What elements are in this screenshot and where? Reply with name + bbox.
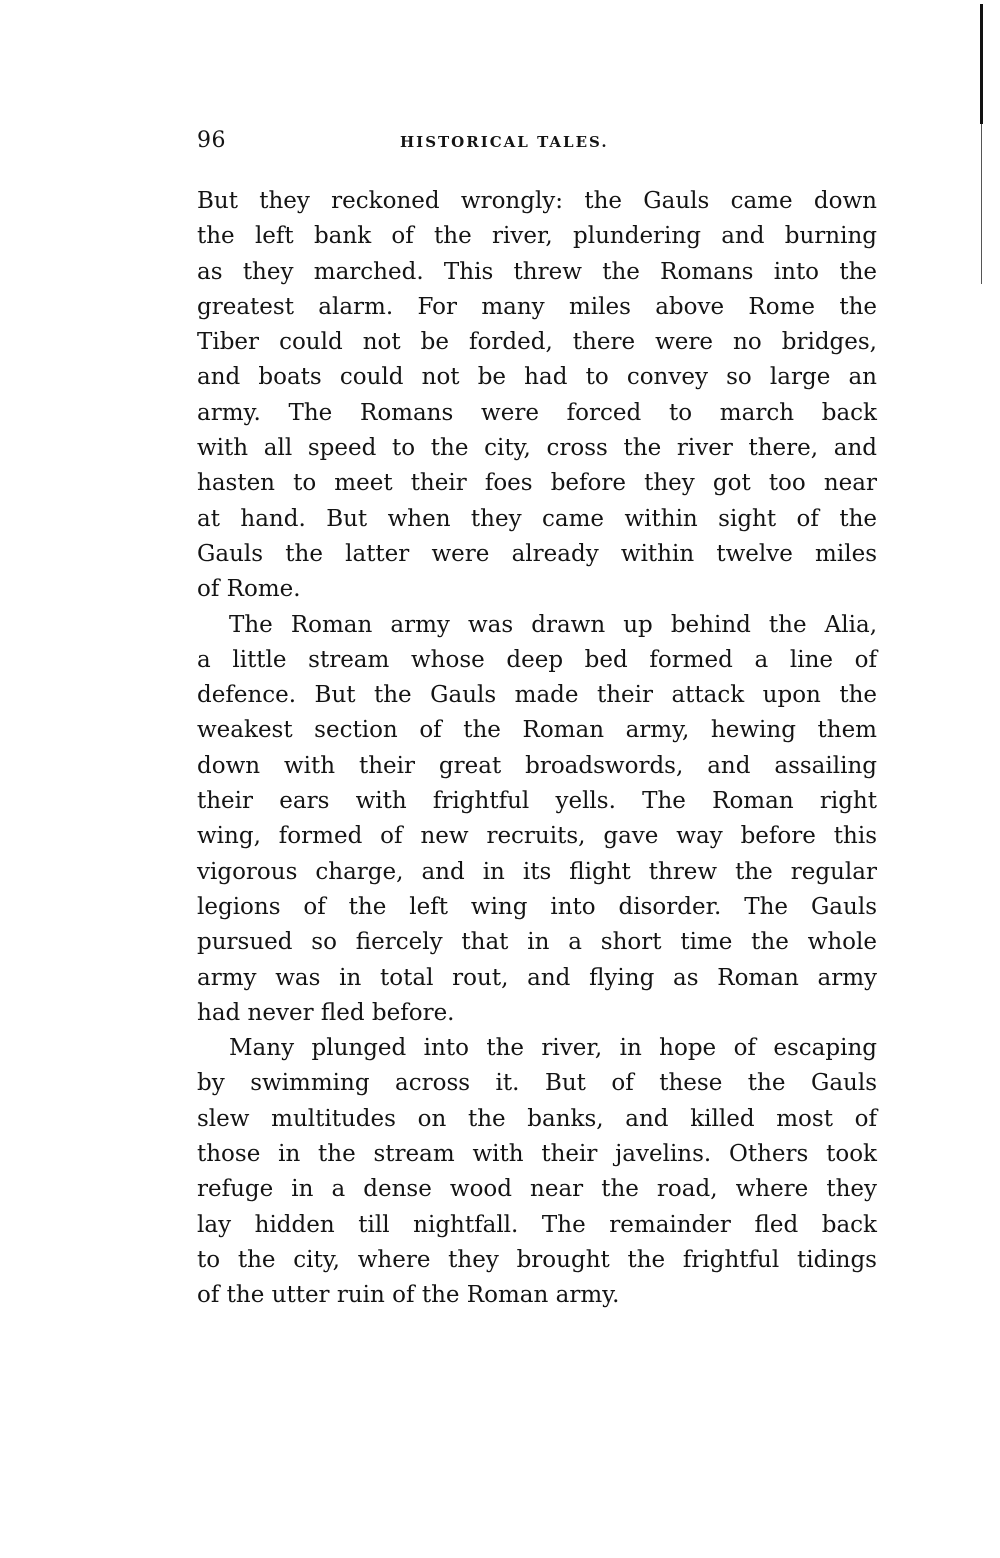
body-text: But they reckoned wrongly: the Gauls cam…	[197, 184, 877, 1314]
text-line: of the utter ruin of the Roman army.	[197, 1278, 877, 1313]
text-line: their ears with frightful yells. The Rom…	[197, 784, 877, 819]
running-head: 96 HISTORICAL TALES.	[197, 128, 877, 168]
text-line: vigorous charge, and in its flight threw…	[197, 855, 877, 890]
book-page: 96 HISTORICAL TALES. But they reckoned w…	[197, 128, 877, 168]
text-line: as they marched. This threw the Romans i…	[197, 255, 877, 290]
text-line: legions of the left wing into disorder. …	[197, 890, 877, 925]
paragraph-3: Many plunged into the river, in hope of …	[197, 1031, 877, 1313]
text-line: lay hidden till nightfall. The remainder…	[197, 1208, 877, 1243]
text-line: down with their great broadswords, and a…	[197, 749, 877, 784]
text-line: hasten to meet their foes before they go…	[197, 466, 877, 501]
running-title: HISTORICAL TALES.	[400, 133, 609, 151]
text-line: the left bank of the river, plundering a…	[197, 219, 877, 254]
text-line: pursued so fiercely that in a short time…	[197, 925, 877, 960]
text-line: a little stream whose deep bed formed a …	[197, 643, 877, 678]
text-line: weakest section of the Roman army, hewin…	[197, 713, 877, 748]
text-line: The Roman army was drawn up behind the A…	[197, 608, 877, 643]
scan-edge-mark-thin	[981, 124, 982, 284]
text-line: slew multitudes on the banks, and killed…	[197, 1102, 877, 1137]
text-line: Gauls the latter were already within twe…	[197, 537, 877, 572]
text-line: to the city, where they brought the frig…	[197, 1243, 877, 1278]
scan-edge-mark	[980, 4, 983, 124]
text-line: army. The Romans were forced to march ba…	[197, 396, 877, 431]
text-line: defence. But the Gauls made their attack…	[197, 678, 877, 713]
text-line: at hand. But when they came within sight…	[197, 502, 877, 537]
text-line: greatest alarm. For many miles above Rom…	[197, 290, 877, 325]
text-line: wing, formed of new recruits, gave way b…	[197, 819, 877, 854]
text-line: Tiber could not be forded, there were no…	[197, 325, 877, 360]
text-line: But they reckoned wrongly: the Gauls cam…	[197, 184, 877, 219]
text-line: had never fled before.	[197, 996, 877, 1031]
text-line: with all speed to the city, cross the ri…	[197, 431, 877, 466]
text-line: by swimming across it. But of these the …	[197, 1066, 877, 1101]
text-line: of Rome.	[197, 572, 877, 607]
text-line: those in the stream with their javelins.…	[197, 1137, 877, 1172]
text-line: Many plunged into the river, in hope of …	[197, 1031, 877, 1066]
text-line: army was in total rout, and flying as Ro…	[197, 961, 877, 996]
paragraph-1: But they reckoned wrongly: the Gauls cam…	[197, 184, 877, 608]
text-line: and boats could not be had to convey so …	[197, 360, 877, 395]
paragraph-2: The Roman army was drawn up behind the A…	[197, 608, 877, 1032]
text-line: refuge in a dense wood near the road, wh…	[197, 1172, 877, 1207]
page-number: 96	[197, 128, 226, 153]
